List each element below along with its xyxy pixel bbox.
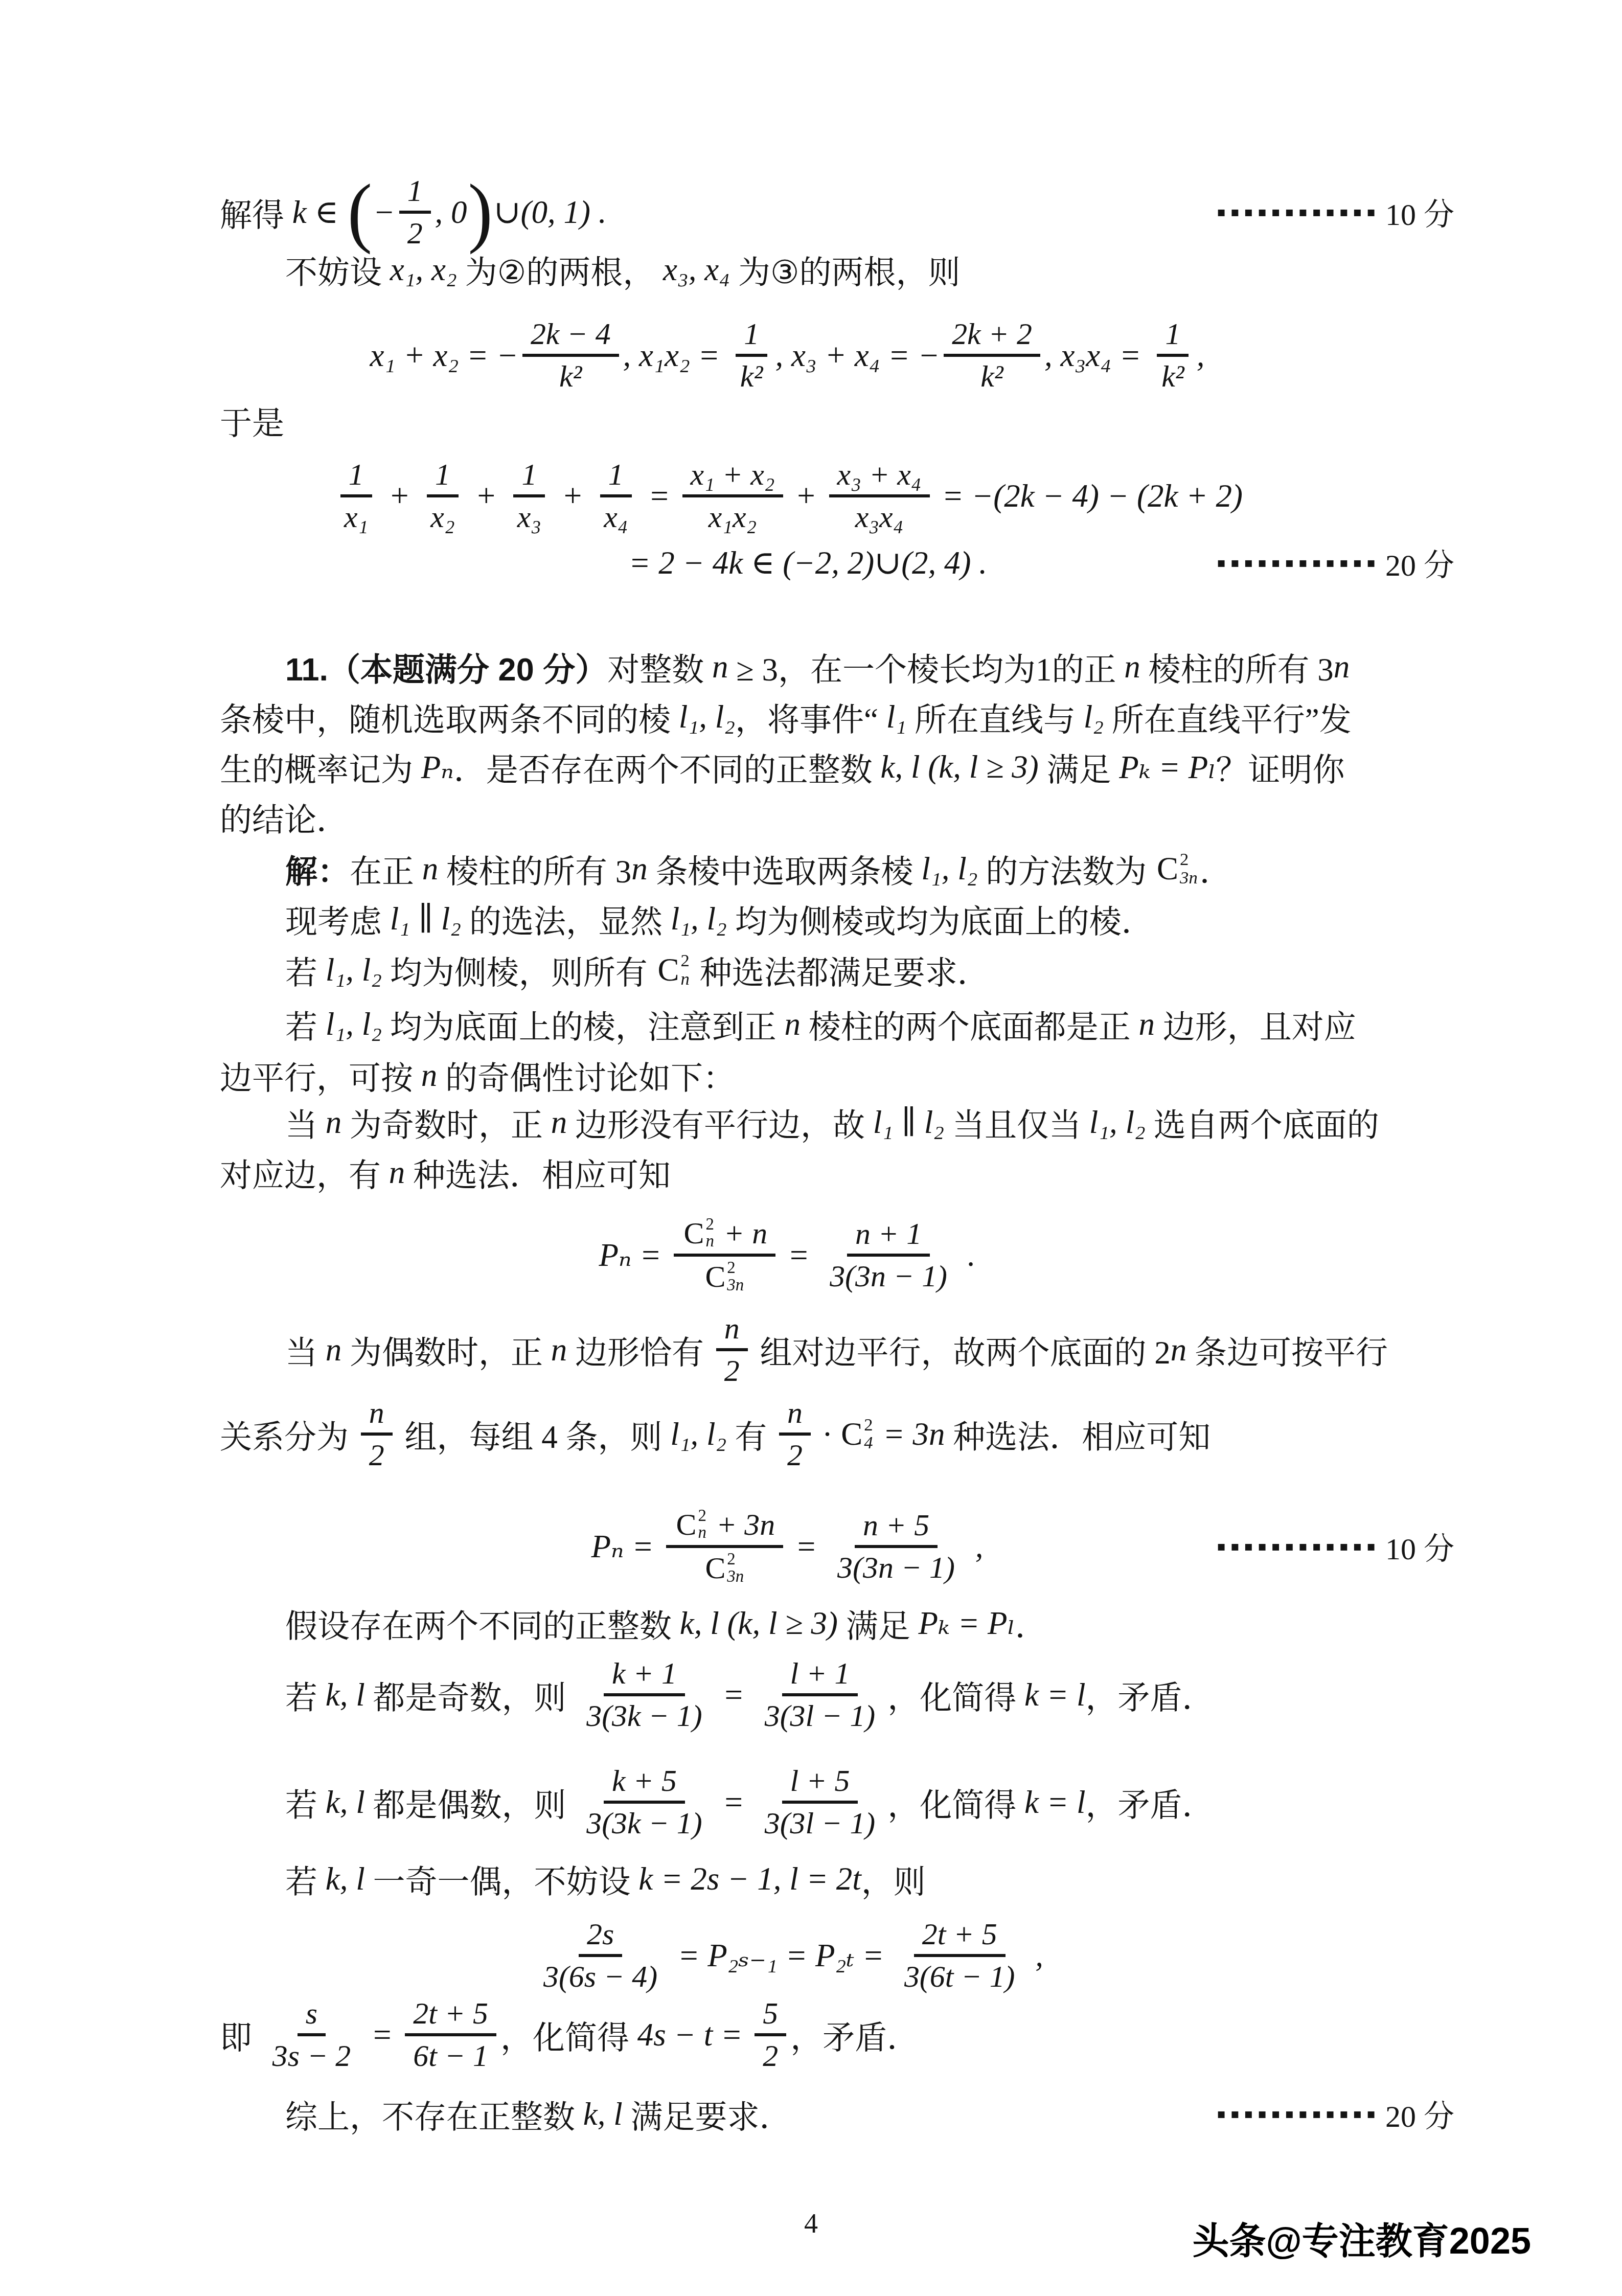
math-variable: x₃, x₄	[663, 251, 730, 288]
math-variable: +	[467, 478, 505, 515]
superscript: 2	[727, 1551, 735, 1568]
score-label: 20 分	[1385, 541, 1454, 585]
text: 条棱中选取两条棱	[648, 846, 922, 892]
denominator: 2	[779, 1436, 811, 1473]
subscript: n	[698, 1525, 706, 1542]
text: ，化简得	[887, 1779, 1024, 1826]
math-variable: = P₂ₛ₋₁ = P₂ₜ =	[670, 1937, 892, 1974]
line-even-case-1: 当 n 为偶数时，正 n 边形恰有 n2 组对边平行，故两个底面的 2n 条边可…	[220, 1309, 1539, 1391]
text: 假设存在两个不同的正整数	[285, 1600, 680, 1647]
text: 即	[220, 2012, 260, 2058]
score-marker: ▪▪▪▪▪▪▪▪▪▪▪▪10 分	[1217, 190, 1454, 234]
text: 对整数	[607, 644, 712, 690]
math-variable: 1	[407, 174, 423, 208]
math-variable: k + 1	[612, 1657, 677, 1690]
watermark: 头条@专注教育2025	[1193, 2211, 1531, 2264]
math-variable: = −(2k − 4) − (2k + 2)	[934, 478, 1243, 515]
math-variable: k, l (k, l ≥ 3)	[680, 1605, 838, 1642]
math-variable: 3(3k − 1)	[586, 1699, 702, 1733]
denominator: x₂	[422, 497, 463, 535]
denominator: 3s − 2	[264, 2036, 359, 2074]
numerator: 2s	[579, 1917, 622, 1957]
math-variable: x₃x₄	[855, 501, 904, 534]
line-kl-both-odd: 若 k, l 都是奇数，则 k + 13(3k − 1) = l + 13(3l…	[220, 1644, 1539, 1746]
line-reciprocal-sum: 1x₁ + 1x₂ + 1x₃ + 1x₄ = x₁ + x₂x₁x₂ + x₃…	[220, 440, 1539, 552]
line-problem11-stem-4: 的结论．	[220, 795, 1539, 839]
numerator: 5	[755, 1996, 786, 2036]
math-variable: =	[641, 478, 678, 515]
big-paren: )	[468, 177, 493, 247]
math-variable: 2	[369, 1439, 384, 1472]
math-variable: 2t + 5	[922, 1918, 997, 1951]
numerator: 2k − 4	[522, 316, 619, 357]
fraction: k + 13(3k − 1)	[578, 1656, 711, 1733]
math-variable: 3(3n − 1)	[830, 1260, 947, 1293]
text: 生的概率记为	[220, 744, 421, 790]
math-variable: l₁ ∥ l₂	[390, 900, 461, 938]
math-variable: l₁, l₂	[1089, 1104, 1146, 1141]
math-variable: 1	[435, 458, 450, 491]
math-variable: + 3n	[709, 1508, 775, 1541]
line-solution-count-total: 解：在正 n 棱柱的所有 3n 条棱中选取两条棱 l₁, l₂ 的方法数为 C2…	[220, 845, 1539, 893]
numerator: 1	[736, 316, 767, 357]
math-variable: l₁, l₂	[326, 1006, 382, 1043]
math-variable: 4s − t =	[637, 2016, 751, 2054]
text: ，将事件“	[735, 694, 886, 740]
denominator: x₁x₂	[700, 497, 765, 535]
fraction: 2t + 56t − 1	[405, 1996, 496, 2073]
fraction: n2	[361, 1395, 393, 1472]
math-variable: k, l	[326, 1676, 365, 1714]
binomial-symbol: C2n	[684, 1216, 714, 1251]
math-variable: .	[960, 1237, 976, 1274]
denominator: 2	[399, 214, 431, 251]
numerator: n + 1	[847, 1216, 930, 1257]
text: 若	[285, 947, 326, 993]
denominator: 6t − 1	[405, 2036, 496, 2074]
bold-text: 11.（本题满分 20 分）	[285, 644, 607, 690]
score-marker: ▪▪▪▪▪▪▪▪▪▪▪▪10 分	[1217, 1525, 1454, 1568]
math-variable: 2k − 4	[531, 317, 611, 351]
math-variable: n	[1171, 1331, 1187, 1369]
subscript: n	[705, 1233, 714, 1251]
text: ≥ 3，在一个棱长均为1的正	[728, 644, 1124, 690]
text: 所在直线与	[906, 694, 1084, 740]
line-odd-case-2: 对应边，有 n 种选法．相应可知	[220, 1149, 1539, 1195]
subscript: 4	[864, 1434, 873, 1452]
binomial-base: C	[1157, 850, 1178, 888]
text: 都是偶数，则	[365, 1779, 575, 1826]
math-variable: 1	[1165, 317, 1180, 351]
text: 于是	[220, 397, 284, 444]
math-variable: k, l	[583, 2096, 623, 2133]
binomial-base: C	[676, 1508, 697, 1541]
math-variable: ,	[1027, 1937, 1044, 1974]
text: 都是奇数，则	[365, 1672, 575, 1718]
math-variable: , x₃ + x₄ = −	[775, 337, 940, 374]
fraction: n + 53(3n − 1)	[829, 1508, 963, 1585]
math-variable: l + 5	[790, 1764, 850, 1798]
fraction: 2k − 4k²	[522, 316, 619, 394]
math-variable: n	[551, 1331, 567, 1369]
line-case-base-edges-1: 若 l₁, l₂ 均为底面上的棱，注意到正 n 棱柱的两个底面都是正 n 边形，…	[220, 1001, 1539, 1047]
superscript: 2	[1180, 851, 1189, 869]
math-variable: l₁ ∥ l₂	[873, 1103, 944, 1141]
text: 若	[285, 1779, 326, 1826]
text: 的结论．	[220, 794, 349, 840]
binomial-base: C	[658, 951, 679, 989]
formula-pn-odd: Pₙ = C2n + nC23n = n + 13(3n − 1) .	[220, 1201, 1539, 1309]
math-variable: Pₙ =	[599, 1236, 669, 1274]
math-variable: =	[715, 1784, 752, 1821]
numerator: x₁ + x₂	[682, 457, 783, 497]
text: 若	[285, 1001, 326, 1048]
math-variable: Pₙ	[421, 748, 454, 786]
denominator: 2	[361, 1436, 393, 1473]
math-variable: n	[421, 1057, 438, 1094]
denominator: k²	[551, 357, 590, 394]
binomial-base: C	[841, 1416, 862, 1453]
line-kl-odd-even: 若 k, l 一奇一偶，不妨设 k = 2s − 1, l = 2t，则	[220, 1856, 1539, 1902]
text: ，化简得	[500, 2012, 637, 2058]
text: 为偶数时，正	[341, 1327, 551, 1373]
numerator: C2n + 3n	[666, 1507, 784, 1548]
math-variable: s	[306, 1997, 317, 2030]
fraction: 1k²	[732, 316, 771, 394]
score-marker: ▪▪▪▪▪▪▪▪▪▪▪▪20 分	[1217, 2092, 1454, 2136]
dotted-leader: ▪▪▪▪▪▪▪▪▪▪▪▪	[1217, 555, 1380, 571]
formula-pn-even: Pₙ = C2n + 3nC23n = n + 53(3n − 1) ,▪▪▪▪…	[220, 1493, 1539, 1600]
text: 不妨设	[285, 246, 390, 293]
subscript: 3n	[1180, 869, 1198, 887]
denominator: 3(3n − 1)	[821, 1257, 955, 1294]
line-kl-both-even: 若 k, l 都是偶数，则 k + 53(3k − 1) = l + 53(3l…	[220, 1751, 1539, 1853]
text: 均为底面上的棱，注意到正	[382, 1001, 785, 1048]
text: 均为侧棱或均为底面上的棱．	[727, 896, 1154, 942]
numerator: k + 1	[604, 1656, 685, 1696]
numerator: 1	[600, 457, 632, 497]
fraction: 52	[755, 1996, 786, 2073]
denominator: k²	[972, 357, 1012, 394]
binomial-scripts: 2n	[698, 1508, 706, 1542]
text: 的方法数为	[978, 846, 1155, 892]
math-variable: +	[554, 478, 591, 515]
text: 解得	[220, 189, 292, 236]
text: 棱柱的所有 3	[438, 846, 631, 892]
math-variable: n + 1	[855, 1217, 922, 1251]
denominator: k²	[1153, 357, 1193, 394]
math-variable: , x₁x₂ =	[623, 337, 728, 374]
superscript: 2	[681, 952, 690, 970]
binomial-symbol: C23n	[1157, 850, 1198, 888]
math-variable: n	[785, 1006, 801, 1043]
math-variable: Pₖ = Pₗ	[918, 1604, 1015, 1642]
math-variable: k = l	[1024, 1784, 1085, 1821]
math-variable: +	[380, 478, 418, 515]
math-variable: n	[631, 850, 648, 888]
math-variable: 6t − 1	[413, 2039, 488, 2073]
text: ∈	[307, 193, 347, 231]
math-variable: 1	[349, 458, 364, 491]
text: 边平行，可按	[220, 1052, 421, 1099]
fraction: C2n + nC23n	[674, 1215, 776, 1295]
text: 综上，不存在正整数	[285, 2091, 583, 2138]
math-variable: x₁	[344, 501, 368, 534]
line-consider-parallel: 现考虑 l₁ ∥ l₂ 的选法，显然 l₁, l₂ 均为侧棱或均为底面上的棱．	[220, 896, 1539, 942]
text: ．是否存在两个不同的正整数	[454, 744, 881, 790]
math-variable: 3s − 2	[272, 2039, 351, 2073]
fraction: 2k + 2k²	[944, 316, 1040, 394]
binomial-scripts: 23n	[727, 1260, 744, 1294]
math-variable: n + 5	[863, 1509, 929, 1542]
numerator: C2n + n	[674, 1215, 776, 1257]
math-variable: x₃ + x₄	[837, 458, 922, 491]
binomial-symbol: C2n	[676, 1508, 706, 1542]
math-variable: n	[1334, 648, 1350, 686]
binomial-symbol: C2n	[658, 951, 690, 989]
text: 选自两个底面的	[1146, 1099, 1379, 1146]
text: ．	[1015, 1600, 1047, 1647]
text: ？证明你	[1216, 744, 1344, 790]
math-variable: 1	[744, 317, 759, 351]
binomial-symbol: C24	[841, 1416, 873, 1453]
text: 条边可按平行	[1186, 1327, 1388, 1373]
math-variable: n	[326, 1331, 342, 1369]
text: 一奇一偶，不妨设	[365, 1856, 639, 1902]
text: ，矛盾．	[1086, 1672, 1215, 1718]
big-paren: (	[348, 177, 372, 247]
numerator: 1	[340, 457, 372, 497]
math-variable: x₁, x₂	[390, 251, 457, 288]
text: ，化简得	[887, 1672, 1024, 1718]
text: 所在直线平行”发	[1104, 694, 1352, 740]
math-variable: ∪(0, 1) .	[494, 193, 607, 231]
math-variable: x₄	[604, 501, 628, 534]
math-variable: 2	[407, 217, 423, 250]
text: 种选法．相应可知	[405, 1149, 671, 1196]
math-variable: 3(3l − 1)	[765, 1699, 876, 1733]
math-variable: 3(3n − 1)	[837, 1551, 955, 1584]
superscript: 2	[864, 1416, 873, 1434]
binomial-scripts: 23n	[727, 1551, 744, 1585]
numerator: n + 5	[855, 1508, 938, 1548]
numerator: 2t + 5	[405, 1996, 496, 2036]
text: 棱柱的所有 3	[1140, 644, 1334, 690]
math-variable: 2	[763, 2039, 778, 2073]
numerator: 1	[1157, 316, 1189, 357]
math-variable: n	[1139, 1006, 1155, 1043]
binomial-base: C	[684, 1217, 704, 1250]
line-case-lateral-edges: 若 l₁, l₂ 均为侧棱，则所有 C2n 种选法都满足要求．	[220, 946, 1539, 994]
text: 棱柱的两个底面都是正	[801, 1001, 1139, 1048]
math-variable: 3(3l − 1)	[765, 1807, 876, 1840]
math-variable: x₁x₂	[709, 501, 757, 534]
line-simplify-contradiction: 即 s3s − 2 = 2t + 56t − 1，化简得 4s − t = 52…	[220, 1989, 1539, 2081]
document-page: 解得 k ∈ (−12, 0)∪(0, 1) .▪▪▪▪▪▪▪▪▪▪▪▪10 分…	[0, 0, 1622, 2296]
fraction: x₁ + x₂x₁x₂	[682, 457, 783, 534]
denominator: 3(3n − 1)	[829, 1548, 963, 1585]
math-variable: l₁, l₂	[326, 951, 382, 989]
text: 当且仅当	[944, 1099, 1089, 1146]
math-variable: =	[715, 1676, 752, 1714]
math-variable: n	[326, 1104, 342, 1141]
line-case-base-edges-2: 边平行，可按 n 的奇偶性讨论如下：	[220, 1052, 1539, 1098]
math-variable: k, l (k, l ≥ 3)	[881, 748, 1039, 786]
denominator: k²	[732, 357, 771, 394]
line-problem11-stem-1: 11.（本题满分 20 分）对整数 n ≥ 3，在一个棱长均为1的正 n 棱柱的…	[220, 645, 1539, 689]
text: ，矛盾．	[1086, 1779, 1215, 1826]
math-variable: l + 1	[790, 1657, 850, 1690]
math-variable: 2t + 5	[413, 1997, 488, 2030]
text: 为③的两根，则	[730, 246, 960, 293]
math-variable: k, l	[326, 1784, 365, 1821]
text: ．	[1200, 846, 1232, 892]
line-problem11-stem-3: 生的概率记为 Pₙ．是否存在两个不同的正整数 k, l (k, l ≥ 3) 满…	[220, 745, 1539, 789]
math-variable: l₁	[886, 698, 906, 736]
score-marker: ▪▪▪▪▪▪▪▪▪▪▪▪20 分	[1217, 541, 1454, 585]
line-assume-roots: 不妨设 x₁, x₂ 为②的两根， x₃, x₄ 为③的两根，则	[220, 246, 1539, 292]
denominator: C23n	[695, 1548, 754, 1586]
line-assume-kl: 假设存在两个不同的正整数 k, l (k, l ≥ 3) 满足 Pₖ = Pₗ．	[220, 1600, 1539, 1646]
text: ，则	[861, 1856, 926, 1902]
fraction: x₃ + x₄x₃x₄	[829, 457, 930, 534]
math-variable: = 3n	[875, 1416, 945, 1453]
fraction: 1x₂	[422, 457, 463, 534]
math-variable: x₃	[517, 501, 541, 534]
bold-text: 解：	[285, 846, 350, 892]
denominator: 3(3k − 1)	[578, 1696, 711, 1734]
binomial-symbol: C23n	[705, 1551, 744, 1585]
math-variable: l₁, l₂	[679, 698, 735, 736]
subscript: n	[681, 970, 690, 988]
math-variable: l₂	[1084, 698, 1104, 736]
math-variable: k²	[559, 360, 582, 393]
fraction: 12	[399, 173, 431, 251]
math-variable: k + 5	[612, 1764, 677, 1798]
math-variable: x₁ + x₂	[691, 458, 775, 491]
text: 边形恰有	[567, 1327, 712, 1373]
binomial-base: C	[705, 1552, 725, 1585]
binomial-scripts: 23n	[1180, 851, 1198, 887]
math-variable: n	[551, 1104, 567, 1141]
binomial-symbol: C23n	[705, 1260, 744, 1294]
math-variable: k, l	[326, 1860, 365, 1898]
math-variable: + n	[716, 1217, 767, 1250]
dotted-leader: ▪▪▪▪▪▪▪▪▪▪▪▪	[1217, 1539, 1380, 1554]
fraction: 1k²	[1153, 316, 1193, 394]
fraction: n2	[716, 1311, 748, 1388]
math-variable: 5	[763, 1997, 778, 2030]
line-problem11-stem-2: 条棱中，随机选取两条不同的棱 l₁, l₂，将事件“ l₁ 所在直线与 l₂ 所…	[220, 695, 1539, 739]
math-variable: n	[422, 850, 439, 888]
fraction: 2s3(6s − 4)	[535, 1917, 666, 1994]
math-variable: k²	[1161, 360, 1184, 393]
math-variable: n	[369, 1396, 384, 1429]
text: 若	[285, 1672, 326, 1718]
score-label: 20 分	[1385, 2092, 1454, 2136]
math-variable: , x₃x₄ =	[1044, 337, 1149, 374]
subscript: 3n	[727, 1277, 744, 1294]
text: 对应边，有	[220, 1149, 389, 1196]
math-variable: k = l	[1024, 1676, 1085, 1714]
math-variable: x₁ + x₂ = −	[370, 337, 518, 374]
numerator: 2t + 5	[914, 1917, 1006, 1957]
numerator: k + 5	[604, 1763, 685, 1804]
text: 当	[285, 1327, 326, 1373]
numerator: 1	[427, 457, 459, 497]
text: 满足要求．	[623, 2091, 792, 2138]
fraction: s3s − 2	[264, 1996, 359, 2073]
math-variable: l₁, l₂	[670, 1416, 726, 1453]
denominator: x₃x₄	[847, 497, 912, 535]
text: 种选法都满足要求．	[692, 947, 990, 993]
math-variable: k = 2s − 1, l = 2t	[638, 1860, 861, 1898]
math-variable: n	[712, 648, 728, 686]
math-variable: k²	[980, 360, 1003, 393]
text: 现考虑	[285, 896, 390, 942]
text: 满足	[1039, 744, 1120, 790]
binomial-base: C	[705, 1260, 725, 1293]
math-variable: −	[373, 194, 395, 231]
text: 当	[285, 1099, 326, 1146]
text: 的奇偶性讨论如下：	[437, 1052, 735, 1099]
numerator: n	[716, 1311, 748, 1351]
dotted-leader: ▪▪▪▪▪▪▪▪▪▪▪▪	[1217, 204, 1380, 220]
denominator: x₃	[509, 497, 550, 535]
math-variable: k²	[740, 360, 763, 393]
line-vieta-relations: x₁ + x₂ = −2k − 4k², x₁x₂ = 1k², x₃ + x₄…	[220, 302, 1539, 409]
superscript: 2	[727, 1260, 735, 1277]
line-even-case-2: 关系分为 n2 组，每组 4 条，则 l₁, l₂ 有 n2 · C24 = 3…	[220, 1391, 1539, 1477]
math-variable: ,	[1197, 337, 1205, 374]
fraction: k + 53(3k − 1)	[578, 1763, 711, 1840]
superscript: 2	[698, 1508, 706, 1525]
math-variable: 3(6s − 4)	[543, 1960, 657, 1993]
denominator: x₁	[336, 497, 376, 535]
text: 为②的两根，	[457, 246, 663, 293]
fraction: l + 53(3l − 1)	[757, 1763, 884, 1840]
fraction: n + 13(3n − 1)	[821, 1216, 955, 1293]
fraction: 1x₄	[596, 457, 636, 534]
text: 边形，且对应	[1155, 1001, 1356, 1048]
math-variable: l₁, l₂	[671, 900, 727, 938]
text: 有	[726, 1411, 775, 1458]
score-label: 10 分	[1385, 190, 1454, 234]
text: 种选法．相应可知	[945, 1411, 1211, 1458]
superscript: 2	[705, 1216, 714, 1234]
text: 满足	[838, 1600, 919, 1647]
fraction: l + 13(3l − 1)	[757, 1656, 884, 1733]
math-variable: n	[724, 1312, 740, 1345]
math-variable: =	[363, 2016, 401, 2054]
math-variable: x₂	[430, 501, 454, 534]
math-variable: 2s	[587, 1918, 614, 1951]
fraction: n2	[779, 1395, 811, 1472]
numerator: n	[779, 1395, 811, 1436]
text: 若	[285, 1856, 326, 1902]
text: 条棱中，随机选取两条不同的棱	[220, 694, 679, 740]
line-conclusion: 综上，不存在正整数 k, l 满足要求．▪▪▪▪▪▪▪▪▪▪▪▪20 分	[220, 2091, 1539, 2137]
math-variable: =	[780, 1237, 817, 1274]
numerator: x₃ + x₄	[829, 457, 930, 497]
line-thus: 于是	[220, 399, 1539, 442]
math-variable: 3(6t − 1)	[904, 1960, 1015, 1993]
math-variable: =	[787, 1528, 825, 1565]
subscript: 3n	[727, 1568, 744, 1586]
math-variable: ·	[815, 1416, 839, 1453]
math-variable: = 2 − 4k ∈ (−2, 2)∪(2, 4) .	[629, 544, 987, 582]
denominator: 2	[716, 1351, 748, 1389]
